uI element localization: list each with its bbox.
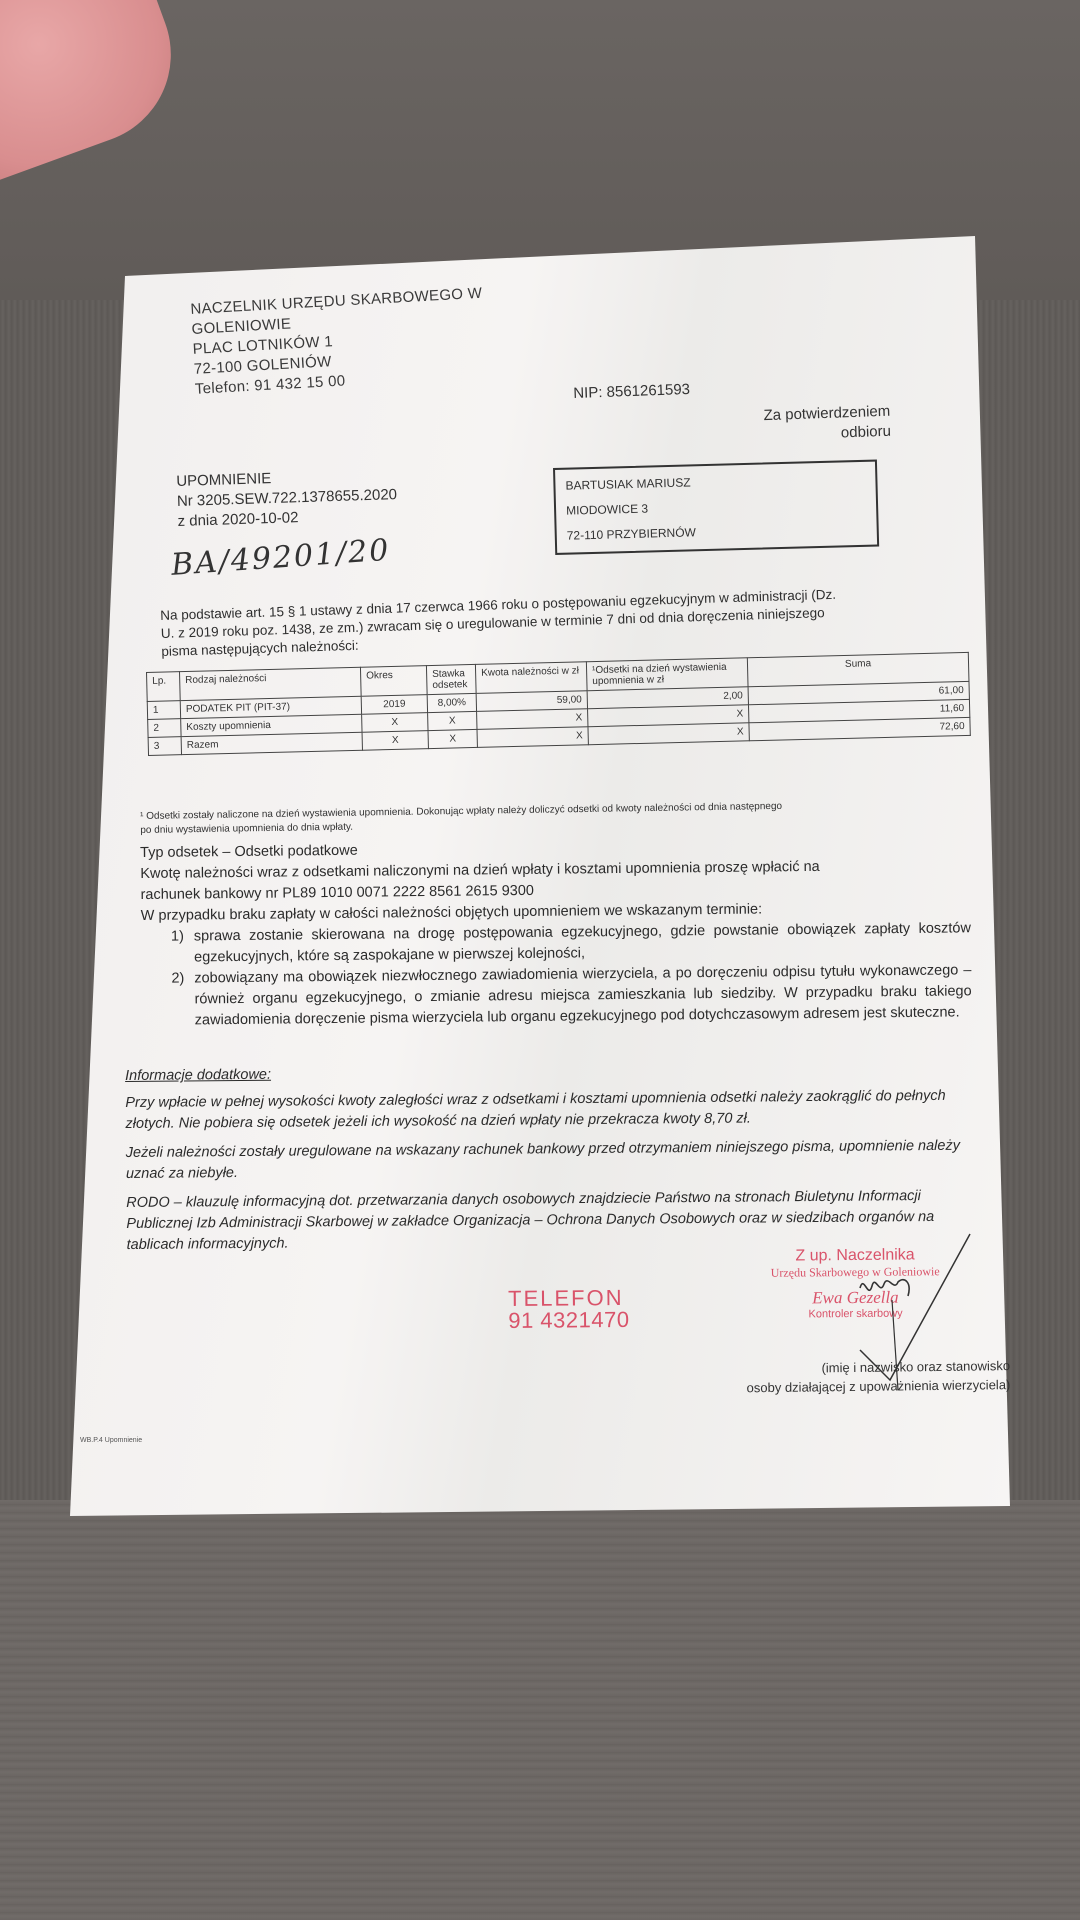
recipient-address-box: BARTUSIAK MARIUSZ MIODOWICE 3 72-110 PRZ…: [553, 460, 879, 555]
table-footnote: ¹ Odsetki zostały naliczone na dzień wys…: [140, 796, 1000, 838]
cell-lp: 1: [147, 701, 180, 720]
col-period: Okres: [360, 666, 427, 697]
form-code: WB.P.4 Upomnienie: [80, 1437, 142, 1444]
col-rate: Stawka odsetek: [426, 664, 476, 694]
cell-rate: X: [428, 711, 477, 730]
intro-paragraph: Na podstawie art. 15 § 1 ustawy z dnia 1…: [160, 582, 961, 661]
cell-period: X: [362, 731, 428, 751]
cell-rate: X: [428, 729, 477, 748]
caption-line2: osoby działającej z upoważnienia wierzyc…: [690, 1375, 1010, 1398]
cell-amount: X: [477, 727, 588, 748]
additional-info: Informacje dodatkowe: Przy wpłacie w peł…: [125, 1059, 977, 1256]
col-amount: Kwota należności w zł: [475, 662, 587, 694]
col-type: Rodzaj należności: [180, 667, 362, 700]
document: NACZELNIK URZĘDU SKARBOWEGO W GOLENIOWIE…: [0, 0, 1080, 1920]
cell-interest: X: [588, 723, 749, 745]
nip: NIP: 8561261593: [573, 381, 690, 402]
sender-block: NACZELNIK URZĘDU SKARBOWEGO W GOLENIOWIE…: [190, 284, 487, 400]
dues-table: Lp. Rodzaj należności Okres Stawka odset…: [146, 652, 971, 756]
item-marker: 2): [171, 969, 185, 1032]
consequence-item-2: 2) zobowiązany ma obowiązek niezwłoczneg…: [141, 960, 972, 1032]
additional-info-p1: Przy wpłacie w pełnej wysokości kwoty za…: [125, 1086, 975, 1135]
cell-lp: 2: [148, 719, 181, 738]
additional-info-heading: Informacje dodatkowe:: [125, 1059, 975, 1087]
cell-type: Razem: [181, 732, 362, 754]
cell-period: 2019: [361, 695, 427, 715]
phone-stamp-number: 91 4321470: [508, 1309, 629, 1332]
col-lp: Lp.: [147, 672, 181, 702]
item-text: zobowiązany ma obowiązek niezwłocznego z…: [194, 960, 972, 1031]
delivery-note: Za potwierdzeniem odbioru: [710, 402, 891, 448]
cell-period: X: [362, 713, 428, 733]
dues-table-wrapper: Lp. Rodzaj należności Okres Stawka odset…: [146, 652, 971, 756]
signature-caption: (imię i nazwisko oraz stanowisko osoby d…: [690, 1356, 1010, 1398]
additional-info-p2: Jeżeli należności zostały uregulowane na…: [126, 1136, 976, 1185]
phone-stamp: TELEFON 91 4321470: [508, 1287, 630, 1332]
handwritten-reference: BA/49201/20: [170, 533, 391, 583]
body-section: Typ odsetek – Odsetki podatkowe Kwotę na…: [140, 834, 972, 1032]
document-title-block: UPOMNIENIE Nr 3205.SEW.722.1378655.2020 …: [176, 465, 398, 532]
item-marker: 1): [171, 927, 184, 969]
cell-rate: 8,00%: [427, 693, 476, 712]
cell-lp: 3: [148, 737, 181, 756]
col-interest: ¹Odsetki na dzień wystawienia upomnienia…: [586, 658, 748, 691]
